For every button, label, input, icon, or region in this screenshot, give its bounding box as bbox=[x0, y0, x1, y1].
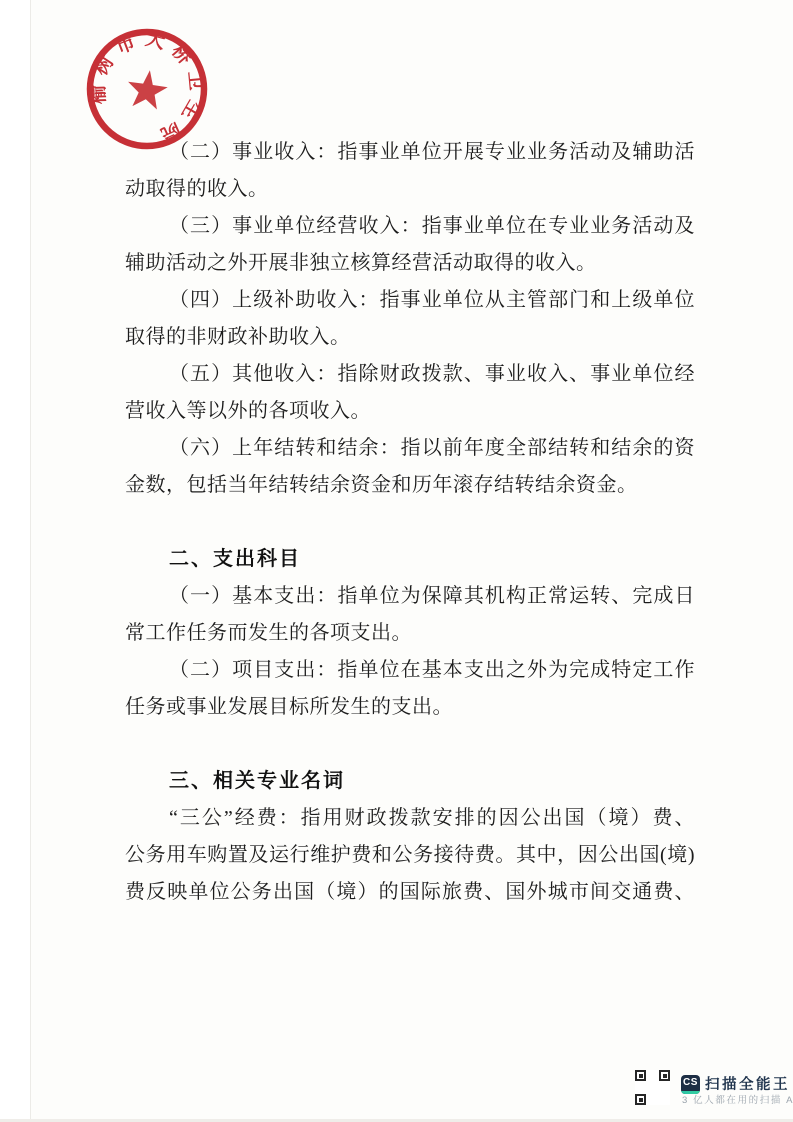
text-line: 任务或事业发展目标所发生的支出。 bbox=[125, 689, 695, 726]
text-line: 取得的非财政补助收入。 bbox=[125, 319, 695, 356]
text-line: （四）上级补助收入：指事业单位从主管部门和上级单位 bbox=[125, 282, 695, 319]
qr-code bbox=[635, 1070, 670, 1105]
cs-logo-label: CS bbox=[681, 1075, 700, 1091]
scan-fold-line bbox=[30, 0, 31, 1122]
qr-finder-top-left bbox=[635, 1070, 646, 1081]
text-line: 金数，包括当年结转结余资金和历年滚存结转结余资金。 bbox=[125, 467, 695, 504]
text-line: 营收入等以外的各项收入。 bbox=[125, 393, 695, 430]
text-line: （三）事业单位经营收入：指事业单位在专业业务活动及 bbox=[125, 208, 695, 245]
seal-star-icon bbox=[128, 70, 168, 109]
section-heading: 三、相关专业名词 bbox=[125, 763, 695, 800]
text-line: （一）基本支出：指单位为保障其机构正常运转、完成日 bbox=[125, 578, 695, 615]
text-line: “三公”经费：指用财政拨款安排的因公出国（境）费、 bbox=[125, 800, 695, 837]
qr-finder-top-right bbox=[659, 1070, 670, 1081]
text-line bbox=[125, 504, 695, 541]
text-line: （二）项目支出：指单位在基本支出之外为完成特定工作 bbox=[125, 652, 695, 689]
document-body: （二）事业收入：指事业单位开展专业业务活动及辅助活动取得的收入。（三）事业单位经… bbox=[125, 134, 695, 911]
text-line: 动取得的收入。 bbox=[125, 171, 695, 208]
text-line: 费反映单位公务出国（境）的国际旅费、国外城市间交通费、 bbox=[125, 874, 695, 911]
text-line: 辅助活动之外开展非独立核算经营活动取得的收入。 bbox=[125, 245, 695, 282]
app-name: 扫描全能王 bbox=[705, 1076, 790, 1094]
scanned-document-page: 榆树市大桥卫生院 （二）事业收入：指事业单位开展专业业务活动及辅助活动取得的收入… bbox=[0, 0, 793, 1122]
cs-logo-teal-bar bbox=[681, 1091, 700, 1095]
text-line: 公务用车购置及运行维护费和公务接待费。其中，因公出国(境) bbox=[125, 837, 695, 874]
qr-finder-bottom-left bbox=[635, 1094, 646, 1105]
text-line bbox=[125, 726, 695, 763]
app-tagline: 3 亿人都在用的扫描 App bbox=[682, 1095, 793, 1107]
scan-left-strip bbox=[0, 0, 30, 1122]
text-line: （二）事业收入：指事业单位开展专业业务活动及辅助活 bbox=[125, 134, 695, 171]
section-heading: 二、支出科目 bbox=[125, 541, 695, 578]
text-line: 常工作任务而发生的各项支出。 bbox=[125, 615, 695, 652]
camscanner-logo-icon: CS bbox=[681, 1075, 700, 1094]
text-line: （六）上年结转和结余：指以前年度全部结转和结余的资 bbox=[125, 430, 695, 467]
text-line: （五）其他收入：指除财政拨款、事业收入、事业单位经 bbox=[125, 356, 695, 393]
